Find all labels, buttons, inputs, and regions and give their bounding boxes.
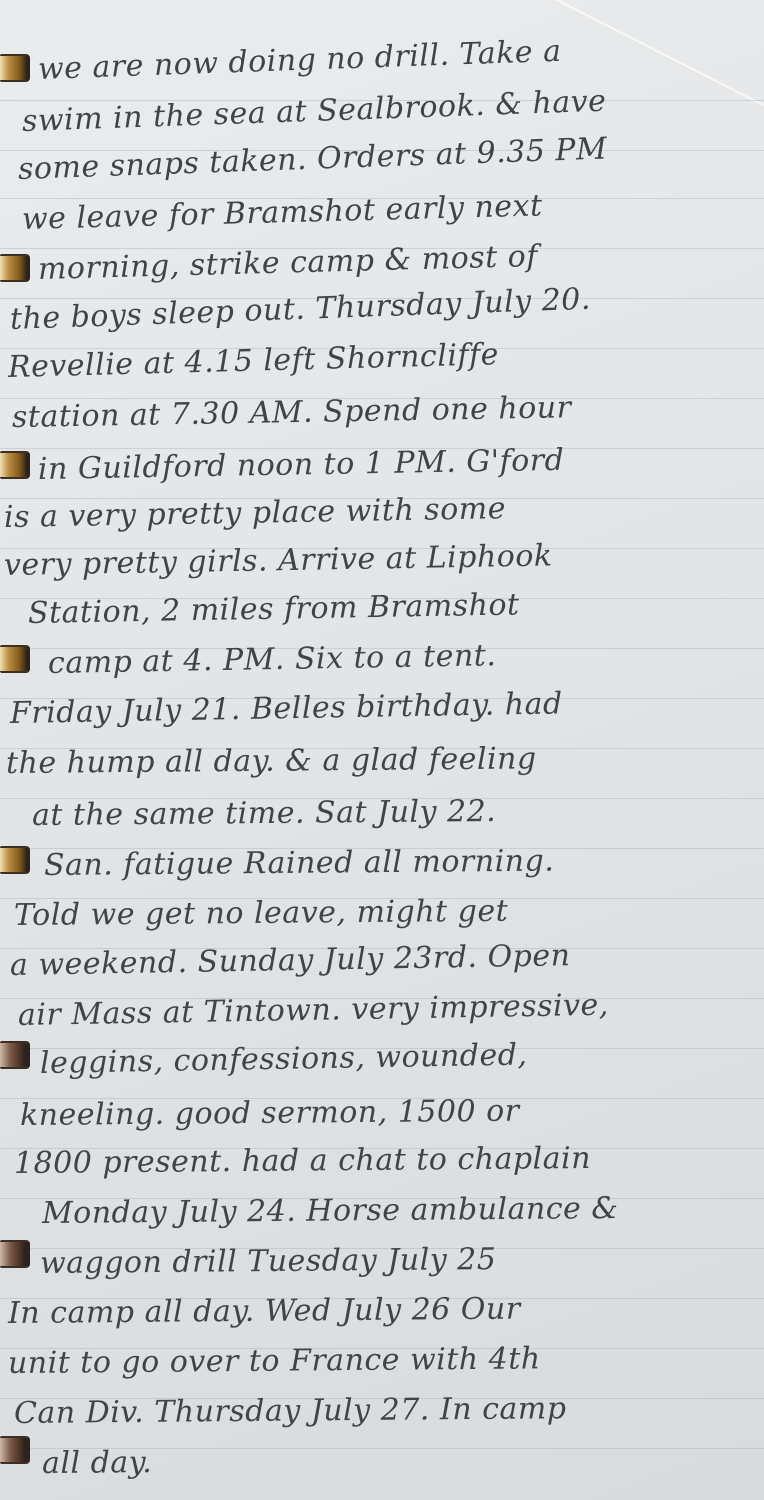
diary-line: Revellie at 4.15 left Shorncliffe	[8, 337, 500, 385]
diary-line: swim in the sea at Sealbrook. & have	[21, 84, 607, 139]
diary-line: San. fatigue Rained all morning.	[44, 844, 555, 883]
diary-line: Monday July 24. Horse ambulance &	[42, 1191, 619, 1231]
diary-page: we are now doing no drill. Take a swim i…	[0, 0, 764, 1500]
diary-line: all day.	[42, 1445, 153, 1481]
diary-line: Told we get no leave, might get	[14, 894, 508, 933]
diary-line: the boys sleep out. Thursday July 20.	[9, 282, 591, 337]
binder-ring-icon	[0, 254, 30, 282]
binder-ring-icon	[0, 451, 30, 479]
diary-line: Station, 2 miles from Bramshot	[28, 587, 520, 631]
binder-ring-icon	[0, 1436, 30, 1464]
diary-line: very pretty girls. Arrive at Liphook	[4, 538, 553, 583]
diary-line: at the same time. Sat July 22.	[32, 794, 497, 833]
diary-line: 1800 present. had a chat to chaplain	[14, 1141, 591, 1181]
diary-line: Can Div. Thursday July 27. In camp	[14, 1391, 567, 1431]
diary-line: camp at 4. PM. Six to a tent.	[48, 638, 497, 681]
diary-line: the hump all day. & a glad feeling	[6, 741, 537, 781]
diary-line: we are now doing no drill. Take a	[37, 34, 562, 87]
diary-line: unit to go over to France with 4th	[8, 1341, 541, 1381]
diary-line: some snaps taken. Orders at 9.35 PM	[17, 131, 607, 187]
diary-line: In camp all day. Wed July 26 Our	[8, 1292, 521, 1331]
binder-ring-icon	[0, 645, 30, 673]
diary-line: in Guildford noon to 1 PM. G'ford	[38, 443, 565, 487]
diary-line: is a very pretty place with some	[4, 491, 507, 535]
diary-line: morning, strike camp & most of	[38, 239, 539, 287]
diary-line: station at 7.30 AM. Spend one hour	[12, 390, 572, 435]
diary-line: we leave for Bramshot early next	[22, 188, 543, 237]
diary-line: Friday July 21. Belles birthday. had	[10, 686, 563, 731]
binder-ring-icon	[0, 54, 30, 82]
binder-ring-icon	[0, 1240, 30, 1268]
diary-line: kneeling. good sermon, 1500 or	[20, 1094, 520, 1133]
diary-line: a weekend. Sunday July 23rd. Open	[10, 938, 571, 983]
diary-line: air Mass at Tintown. very impressive,	[18, 988, 609, 1033]
diary-line: waggon drill Tuesday July 25	[40, 1242, 497, 1281]
binder-ring-icon	[0, 846, 30, 874]
diary-line: leggins, confessions, wounded,	[40, 1037, 528, 1081]
binder-ring-icon	[0, 1041, 30, 1069]
